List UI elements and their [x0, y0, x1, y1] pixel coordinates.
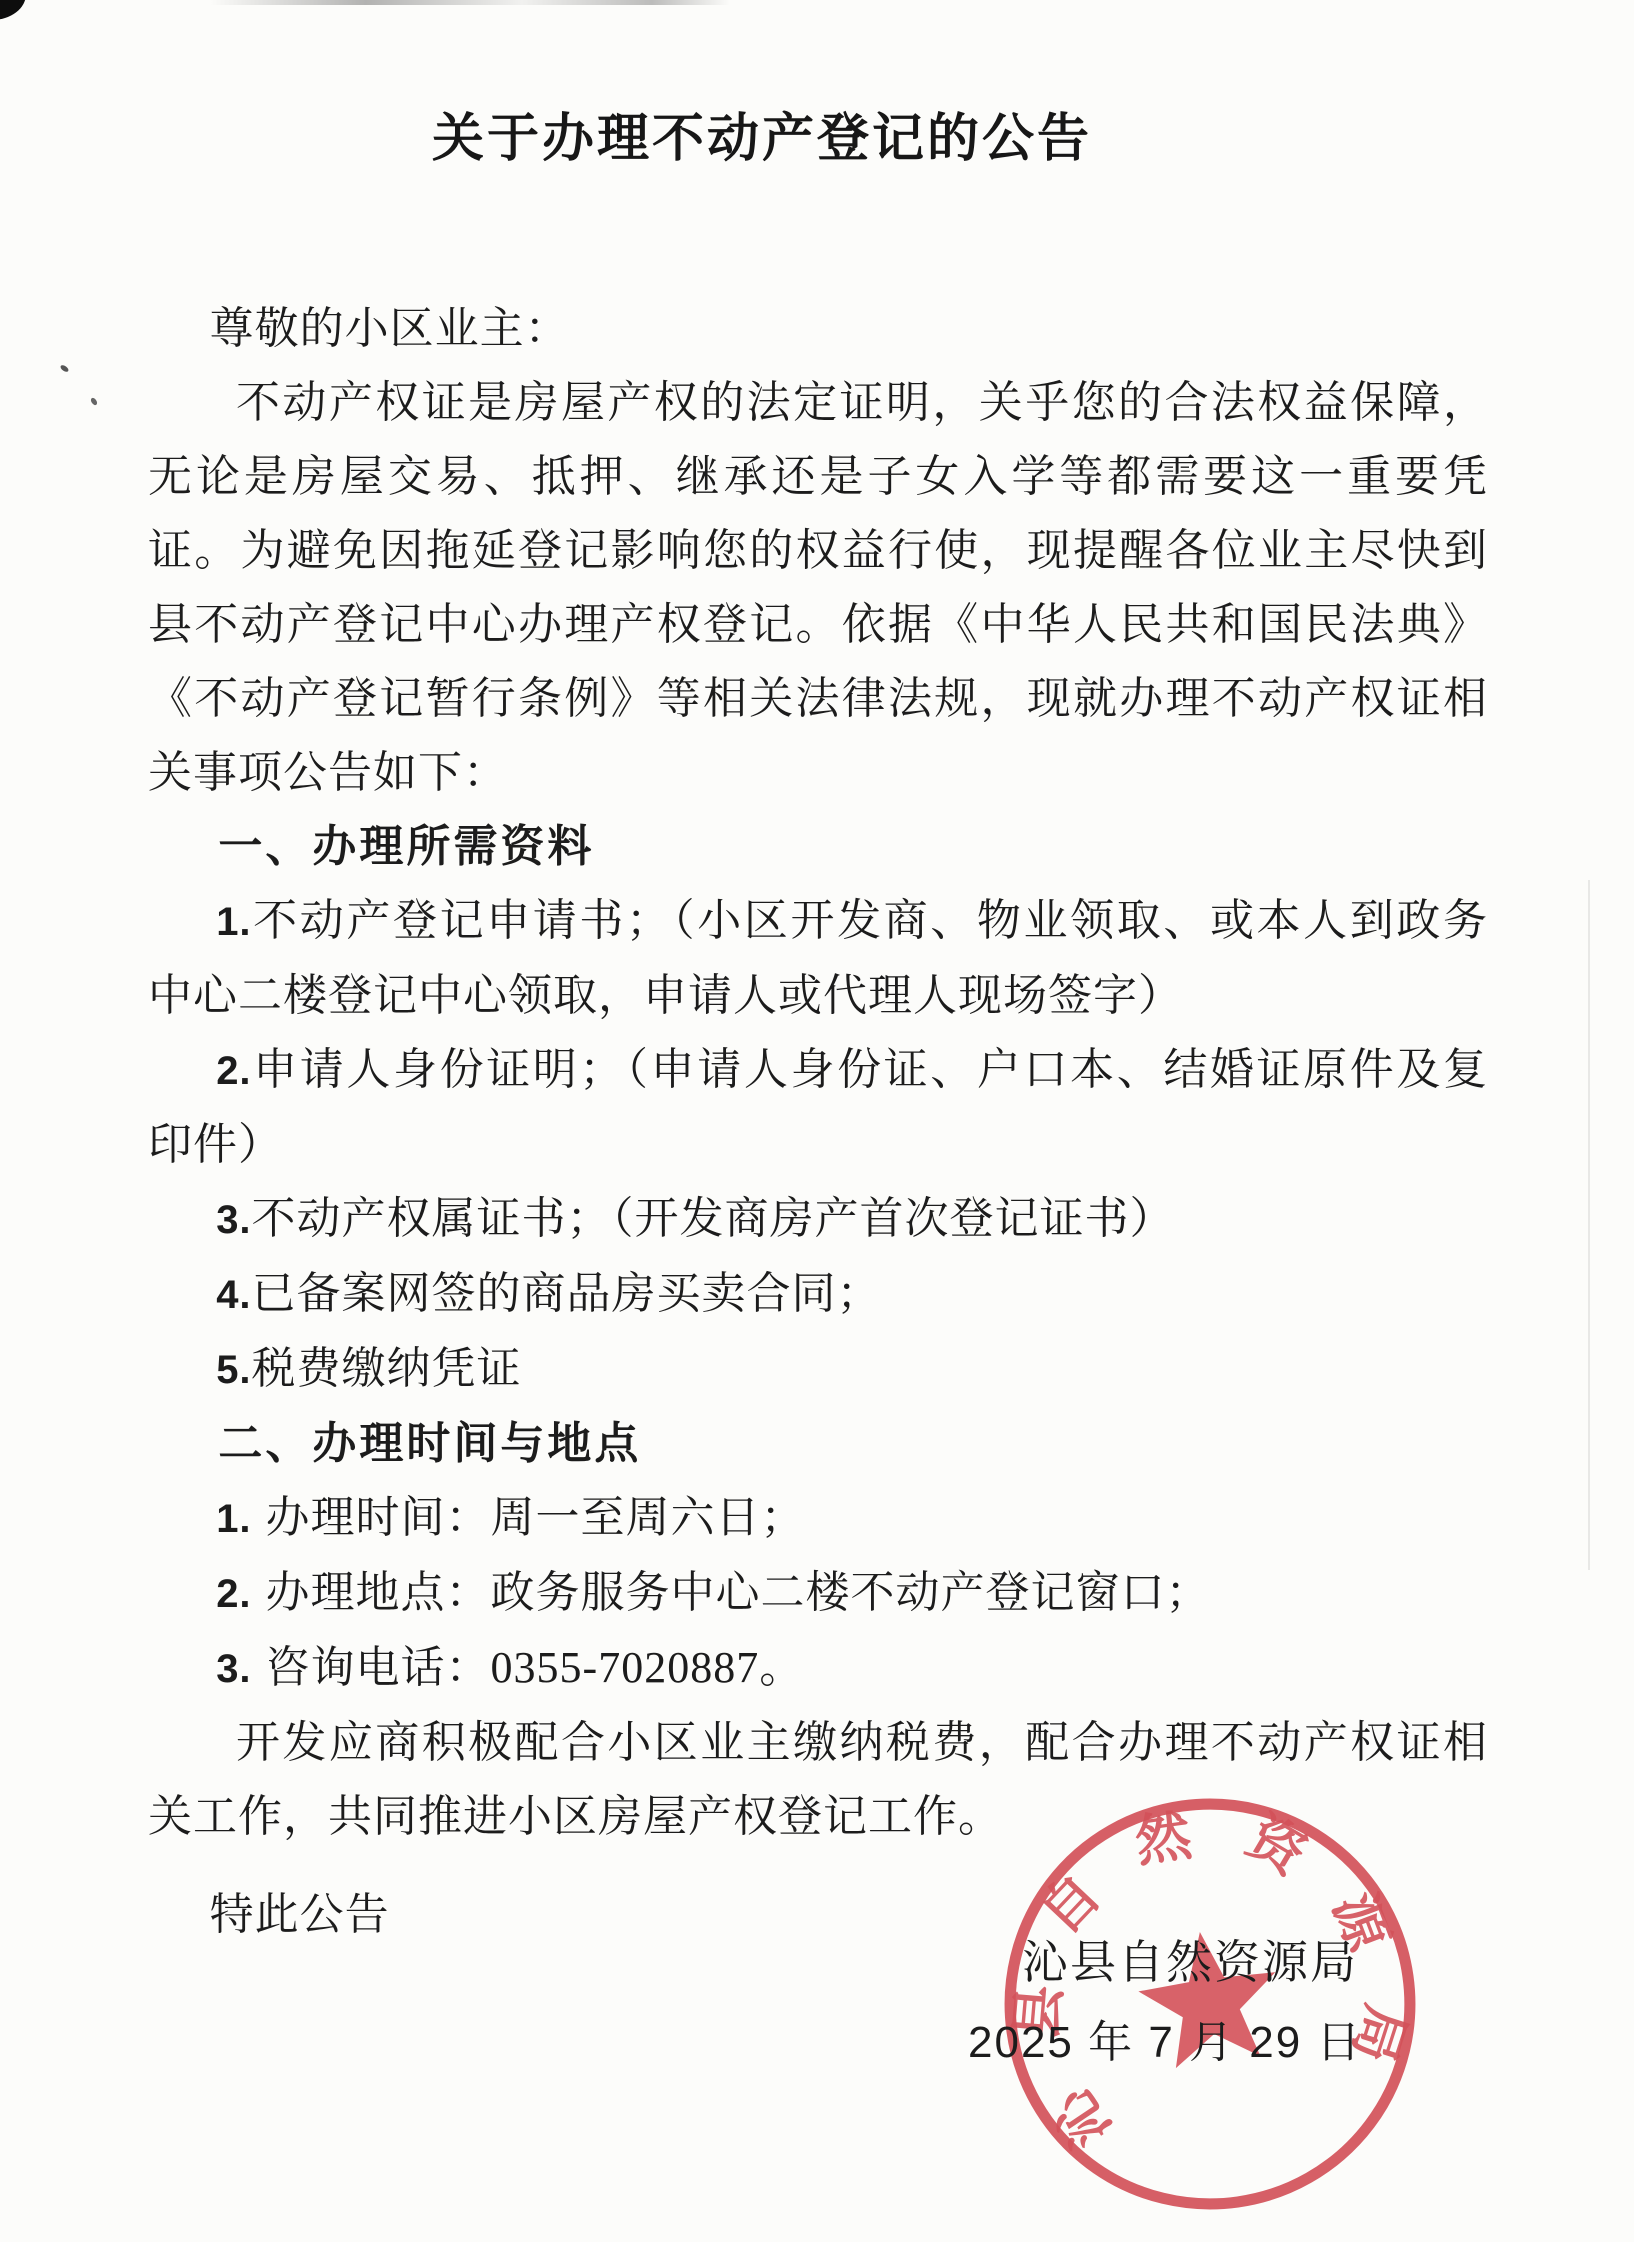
- list-item: 2.申请人身份证明；（申请人身份证、户口本、结婚证原件及复印件）: [148, 1033, 1488, 1182]
- page-title: 关于办理不动产登记的公告: [0, 96, 1579, 171]
- intro-paragraph: 不动产权证是房屋产权的法定证明，关乎您的合法权益保障，无论是房屋交易、抵押、继承…: [148, 366, 1488, 810]
- item-text: 申请人身份证明；（申请人身份证、户口本、结婚证原件及复印件）: [148, 1045, 1488, 1169]
- section2-heading: 二、办理时间与地点: [148, 1407, 1488, 1481]
- list-item: 3.咨询电话：0355-7020887。: [148, 1631, 1488, 1706]
- issue-date: 2025 年 7 月 29 日: [968, 2006, 1362, 2070]
- item-text: 不动产登记申请书；（小区开发商、物业领取、或本人到政务中心二楼登记中心领取，申请…: [148, 896, 1488, 1020]
- item-number: 1.: [216, 900, 251, 944]
- scanned-notice-page: 关于办理不动产登记的公告 尊敬的小区业主： 不动产权证是房屋产权的法定证明，关乎…: [0, 0, 1634, 2242]
- scan-speck: [59, 364, 69, 373]
- scan-edge-line: [1588, 880, 1590, 1570]
- scan-corner-artifact: [0, 0, 26, 20]
- item-number: 1.: [216, 1497, 251, 1541]
- item-text: 不动产权属证书；（开发商房产首次登记证书）: [252, 1194, 1175, 1243]
- issuer-name: 沁县自然资源局: [1022, 1926, 1358, 1992]
- item-text: 咨询电话：0355-7020887。: [266, 1643, 805, 1692]
- item-number: 5.: [216, 1348, 251, 1392]
- item-text: 税费缴纳凭证: [252, 1344, 522, 1393]
- item-number: 2.: [216, 1572, 251, 1616]
- list-item: 3.不动产权属证书；（开发商房产首次登记证书）: [148, 1182, 1488, 1257]
- item-text: 办理时间：周一至周六日；: [266, 1493, 806, 1542]
- salutation: 尊敬的小区业主：: [148, 292, 1488, 366]
- list-item: 2.办理地点：政务服务中心二楼不动产登记窗口；: [148, 1556, 1488, 1631]
- notice-body: 尊敬的小区业主： 不动产权证是房屋产权的法定证明，关乎您的合法权益保障，无论是房…: [148, 292, 1488, 1952]
- item-number: 2.: [216, 1049, 251, 1093]
- scan-top-smudge: [210, 0, 730, 5]
- item-number: 3.: [216, 1647, 251, 1691]
- list-item: 4.已备案网签的商品房买卖合同；: [148, 1257, 1488, 1332]
- item-number: 3.: [216, 1198, 251, 1242]
- list-item: 1.办理时间：周一至周六日；: [148, 1481, 1488, 1556]
- scan-speck: [90, 397, 99, 406]
- item-text: 办理地点：政务服务中心二楼不动产登记窗口；: [266, 1568, 1211, 1617]
- item-number: 4.: [216, 1273, 251, 1317]
- list-item: 5.税费缴纳凭证: [148, 1332, 1488, 1407]
- item-text: 已备案网签的商品房买卖合同；: [252, 1269, 882, 1318]
- list-item: 1.不动产登记申请书；（小区开发商、物业领取、或本人到政务中心二楼登记中心领取，…: [148, 884, 1488, 1033]
- section1-heading: 一、办理所需资料: [148, 810, 1488, 884]
- official-seal-stamp: 沁县自然资源局: [998, 1792, 1422, 2216]
